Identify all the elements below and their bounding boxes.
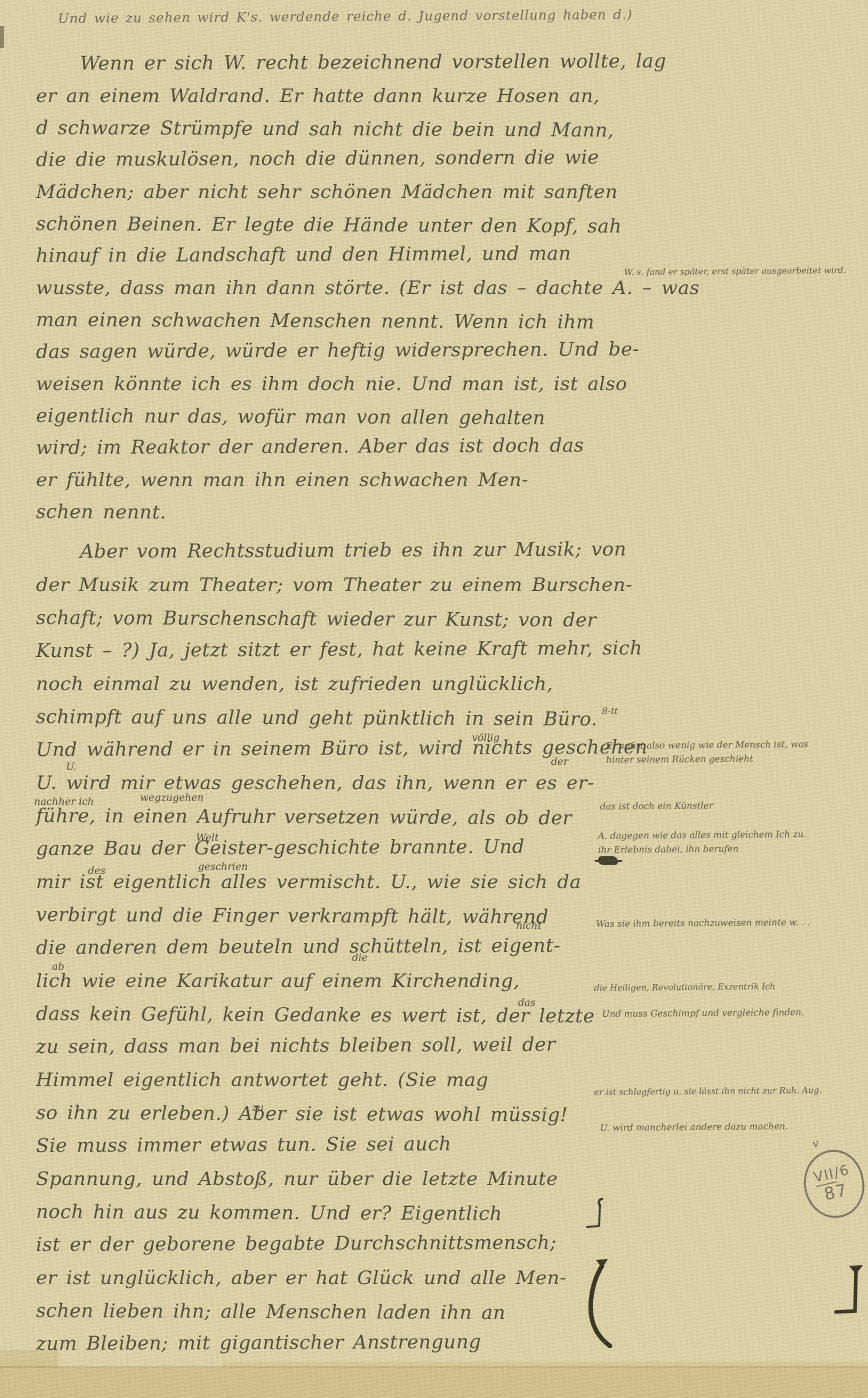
scan-bottom-band [0,1368,868,1398]
stamp-page-number: 87 [822,1180,850,1205]
interlinear-word: U. [66,762,77,773]
margin-note: Er spürt also wenig wie der Mensch ist, … [606,739,809,768]
margin-note-line: 8-tt [602,706,618,720]
margin-note: U. wird mancherlei andere dazu machen. [600,1121,788,1136]
interlinear-word: nachher ich [34,797,94,808]
manuscript-page: Und wie zu sehen wird K's. werdende reic… [0,0,868,1398]
interlinear-word: zu [252,1103,264,1114]
interlinear-word: wegzugehen [140,793,204,804]
margin-note-line: Was sie ihm bereits nachzuweisen meinte … [596,917,810,932]
interlinear-word: die [352,953,368,964]
margin-note-line: die Heiligen, Revolutionäre, Exzentrik I… [594,981,775,995]
interlinear-word: der [551,757,568,768]
manuscript-line: Sie muss immer etwas tun. Sie sei auch [36,1128,598,1163]
interlinear-word: völlig [472,733,500,744]
header-annotation: Und wie zu sehen wird K's. werdende reic… [58,8,598,27]
margin-note-line: Er spürt also wenig wie der Mensch ist, … [606,739,808,754]
bold-up-arrow-mark [580,1256,624,1348]
manuscript-line: er fühlte, wenn man ihn einen schwachen … [36,464,598,496]
interlinear-word: des [88,866,105,877]
manuscript-line: Mädchen; aber nicht sehr schönen Mädchen… [36,176,598,208]
margin-note: er ist schlagfertig u. sie lässt ihn nic… [594,1085,822,1100]
pencil-tick-mark: v [811,1137,820,1151]
archive-stamp: v VII/6 87 [797,1144,868,1224]
elbow-up-arrow-mark [834,1260,866,1316]
manuscript-line: wird; im Reaktor der anderen. Aber das i… [36,430,598,464]
manuscript-line: Himmel eigentlich antwortet geht. (Sie m… [36,1064,598,1097]
manuscript-line: mir ist eigentlich alles vermischt. U., … [36,866,598,899]
margin-note-line: Und muss Geschimpf und vergleiche finden… [602,1007,804,1022]
margin-note: W. s. fand er später, erst später ausgea… [624,265,846,280]
margin-note: Was sie ihm bereits nachzuweisen meinte … [596,917,810,932]
paragraph-2: Aber vom Rechtsstudium trieb es ihn zur … [36,536,598,1361]
manuscript-line: er an einem Waldrand. Er hatte dann kurz… [36,80,598,112]
margin-note-line: hinter seinem Rücken geschieht [606,753,808,768]
manuscript-line: zu sein, dass man bei nichts bleiben sol… [36,1029,598,1064]
margin-note-line: A. dagegen wie das alles mit gleichem Ic… [598,829,807,844]
scan-edge-mark [0,26,4,48]
manuscript-line: U. wird mir etwas geschehen, das ihn, we… [36,767,598,800]
manuscript-line: zum Bleiben; mit gigantischer Anstrengun… [36,1326,598,1361]
margin-note-line: das ist doch ein Künstler [600,801,713,815]
manuscript-line: Aber vom Rechtsstudium trieb es ihn zur … [36,534,598,569]
manuscript-line: hinauf in die Landschaft und den Himmel,… [36,238,598,272]
margin-note-line: ihr Erlebnis dabei, ihn berufen [598,843,807,858]
manuscript-line: ganze Bau der Geister-geschichte brannte… [36,831,598,866]
margin-note-line: er ist schlagfertig u. sie lässt ihn nic… [594,1085,822,1100]
stamp-circle: VII/6 87 [797,1144,868,1224]
margin-note-line: U. wird mancherlei andere dazu machen. [600,1121,788,1136]
manuscript-line: noch einmal zu wenden, ist zufrieden ung… [36,668,598,701]
manuscript-line: Kunst – ?) Ja, jetzt sitzt er fest, hat … [36,633,598,668]
manuscript-line: der Musik zum Theater; vom Theater zu ei… [36,569,598,602]
margin-note: Und muss Geschimpf und vergleiche finden… [602,1007,804,1022]
interlinear-word: Welt [196,833,219,844]
manuscript-line: er ist unglücklich, aber er hat Glück un… [36,1262,598,1295]
margin-note: die Heiligen, Revolutionäre, Exzentrik I… [594,981,775,995]
manuscript-line: wusste, dass man ihn dann störte. (Er is… [36,272,598,304]
manuscript-line: weisen könnte ich es ihm doch nie. Und m… [36,368,598,400]
margin-note: A. dagegen wie das alles mit gleichem Ic… [598,829,807,858]
interlinear-word: das [518,998,536,1009]
small-hook-arrow-mark [586,1196,608,1232]
margin-note: 8-tt [602,706,618,720]
manuscript-line: ist er der geborene begabte Durchschnitt… [36,1227,598,1262]
crossed-out-word-blot [598,856,618,865]
manuscript-line: Und während er in seinem Büro ist, wird … [36,732,598,767]
manuscript-line: schen nennt. [36,496,598,530]
margin-note-line: W. s. fand er später, erst später ausgea… [624,265,846,280]
manuscript-line: Wenn er sich W. recht bezeichnend vorste… [36,46,598,80]
interlinear-word: ab [52,962,64,973]
manuscript-line: das sagen würde, würde er heftig widersp… [36,334,598,368]
manuscript-line: die die muskulösen, noch die dünnen, son… [36,142,598,176]
paragraph-1: Wenn er sich W. recht bezeichnend vorste… [36,48,598,528]
manuscript-line: Spannung, und Abstoß, nur über die letzt… [36,1163,598,1196]
manuscript-line: lich wie eine Karikatur auf einem Kirche… [36,965,598,998]
margin-note: das ist doch ein Künstler [600,801,713,815]
manuscript-line: die anderen dem beuteln und schütteln, i… [36,930,598,965]
interlinear-word: nicht [516,921,542,932]
interlinear-word: geschrien [198,862,248,873]
